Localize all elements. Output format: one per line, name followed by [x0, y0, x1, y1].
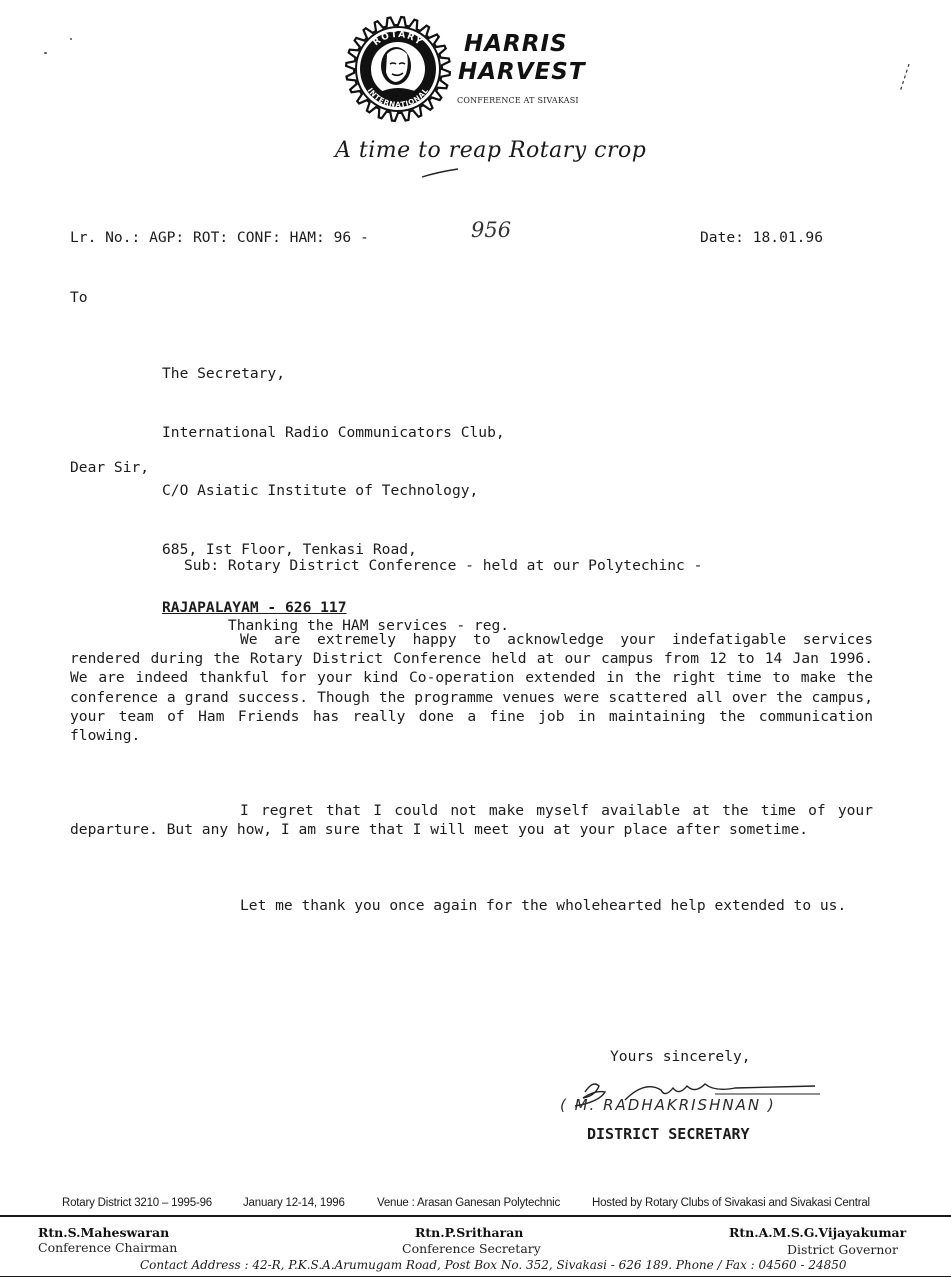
officer-name: Rtn.P.Sritharan [415, 1225, 523, 1240]
handwritten-signatory-name: ( M. RADHAKRISHNAN ) [560, 1096, 776, 1114]
to-label: To [70, 289, 88, 306]
tagline: A time to reap Rotary crop [335, 138, 646, 163]
footer-dates: January 12-14, 1996 [243, 1197, 345, 1209]
footer-district: Rotary District 3210 – 1995-96 [62, 1197, 212, 1209]
address-line: International Radio Communicators Club, [162, 423, 505, 443]
contact-address: Contact Address : 42-R, P.K.S.A.Arumugam… [140, 1258, 847, 1272]
salutation: Dear Sir, [70, 459, 149, 476]
body-paragraph: We are extremely happy to acknowledge yo… [70, 630, 873, 745]
scan-speck [70, 38, 72, 40]
officer-name: Rtn.A.M.S.G.Vijayakumar [729, 1225, 906, 1240]
officer-role: Conference Secretary [402, 1241, 541, 1256]
address-line: C/O Asiatic Institute of Technology, [162, 481, 505, 501]
address-line: The Secretary, [162, 364, 505, 384]
conference-title: HARRIS HARVEST [458, 30, 586, 86]
rotary-international-logo: ROTARY INTERNATIONAL [343, 14, 453, 124]
body-paragraph: I regret that I could not make myself av… [70, 801, 873, 839]
body-paragraph: Let me thank you once again for the whol… [70, 896, 873, 915]
footer-hosts: Hosted by Rotary Clubs of Sivakasi and S… [592, 1197, 870, 1209]
footer-divider [0, 1215, 951, 1217]
letter-date: Date: 18.01.96 [700, 229, 823, 246]
signatory-designation: DISTRICT SECRETARY [587, 1125, 750, 1143]
tagline-underline-flourish-icon [420, 168, 460, 178]
officer-role: Conference Chairman [38, 1240, 177, 1255]
scan-speck [44, 52, 47, 54]
footer-venue: Venue : Arasan Ganesan Polytechnic [377, 1197, 560, 1209]
footer-bottom-divider [0, 1276, 951, 1277]
closing: Yours sincerely, [610, 1048, 751, 1065]
rotary-gear-emblem-icon: ROTARY INTERNATIONAL [343, 14, 453, 124]
letter-reference-number: Lr. No.: AGP: ROT: CONF: HAM: 96 - [70, 229, 369, 246]
margin-pen-mark-icon [895, 62, 915, 96]
officer-name: Rtn.S.Maheswaran [38, 1225, 169, 1240]
subject-line-1: Sub: Rotary District Conference - held a… [184, 556, 702, 576]
conference-subtitle: CONFERENCE AT SIVAKASI [457, 96, 579, 105]
handwritten-reference-number: 956 [471, 218, 511, 242]
officer-role: District Governor [787, 1242, 898, 1257]
